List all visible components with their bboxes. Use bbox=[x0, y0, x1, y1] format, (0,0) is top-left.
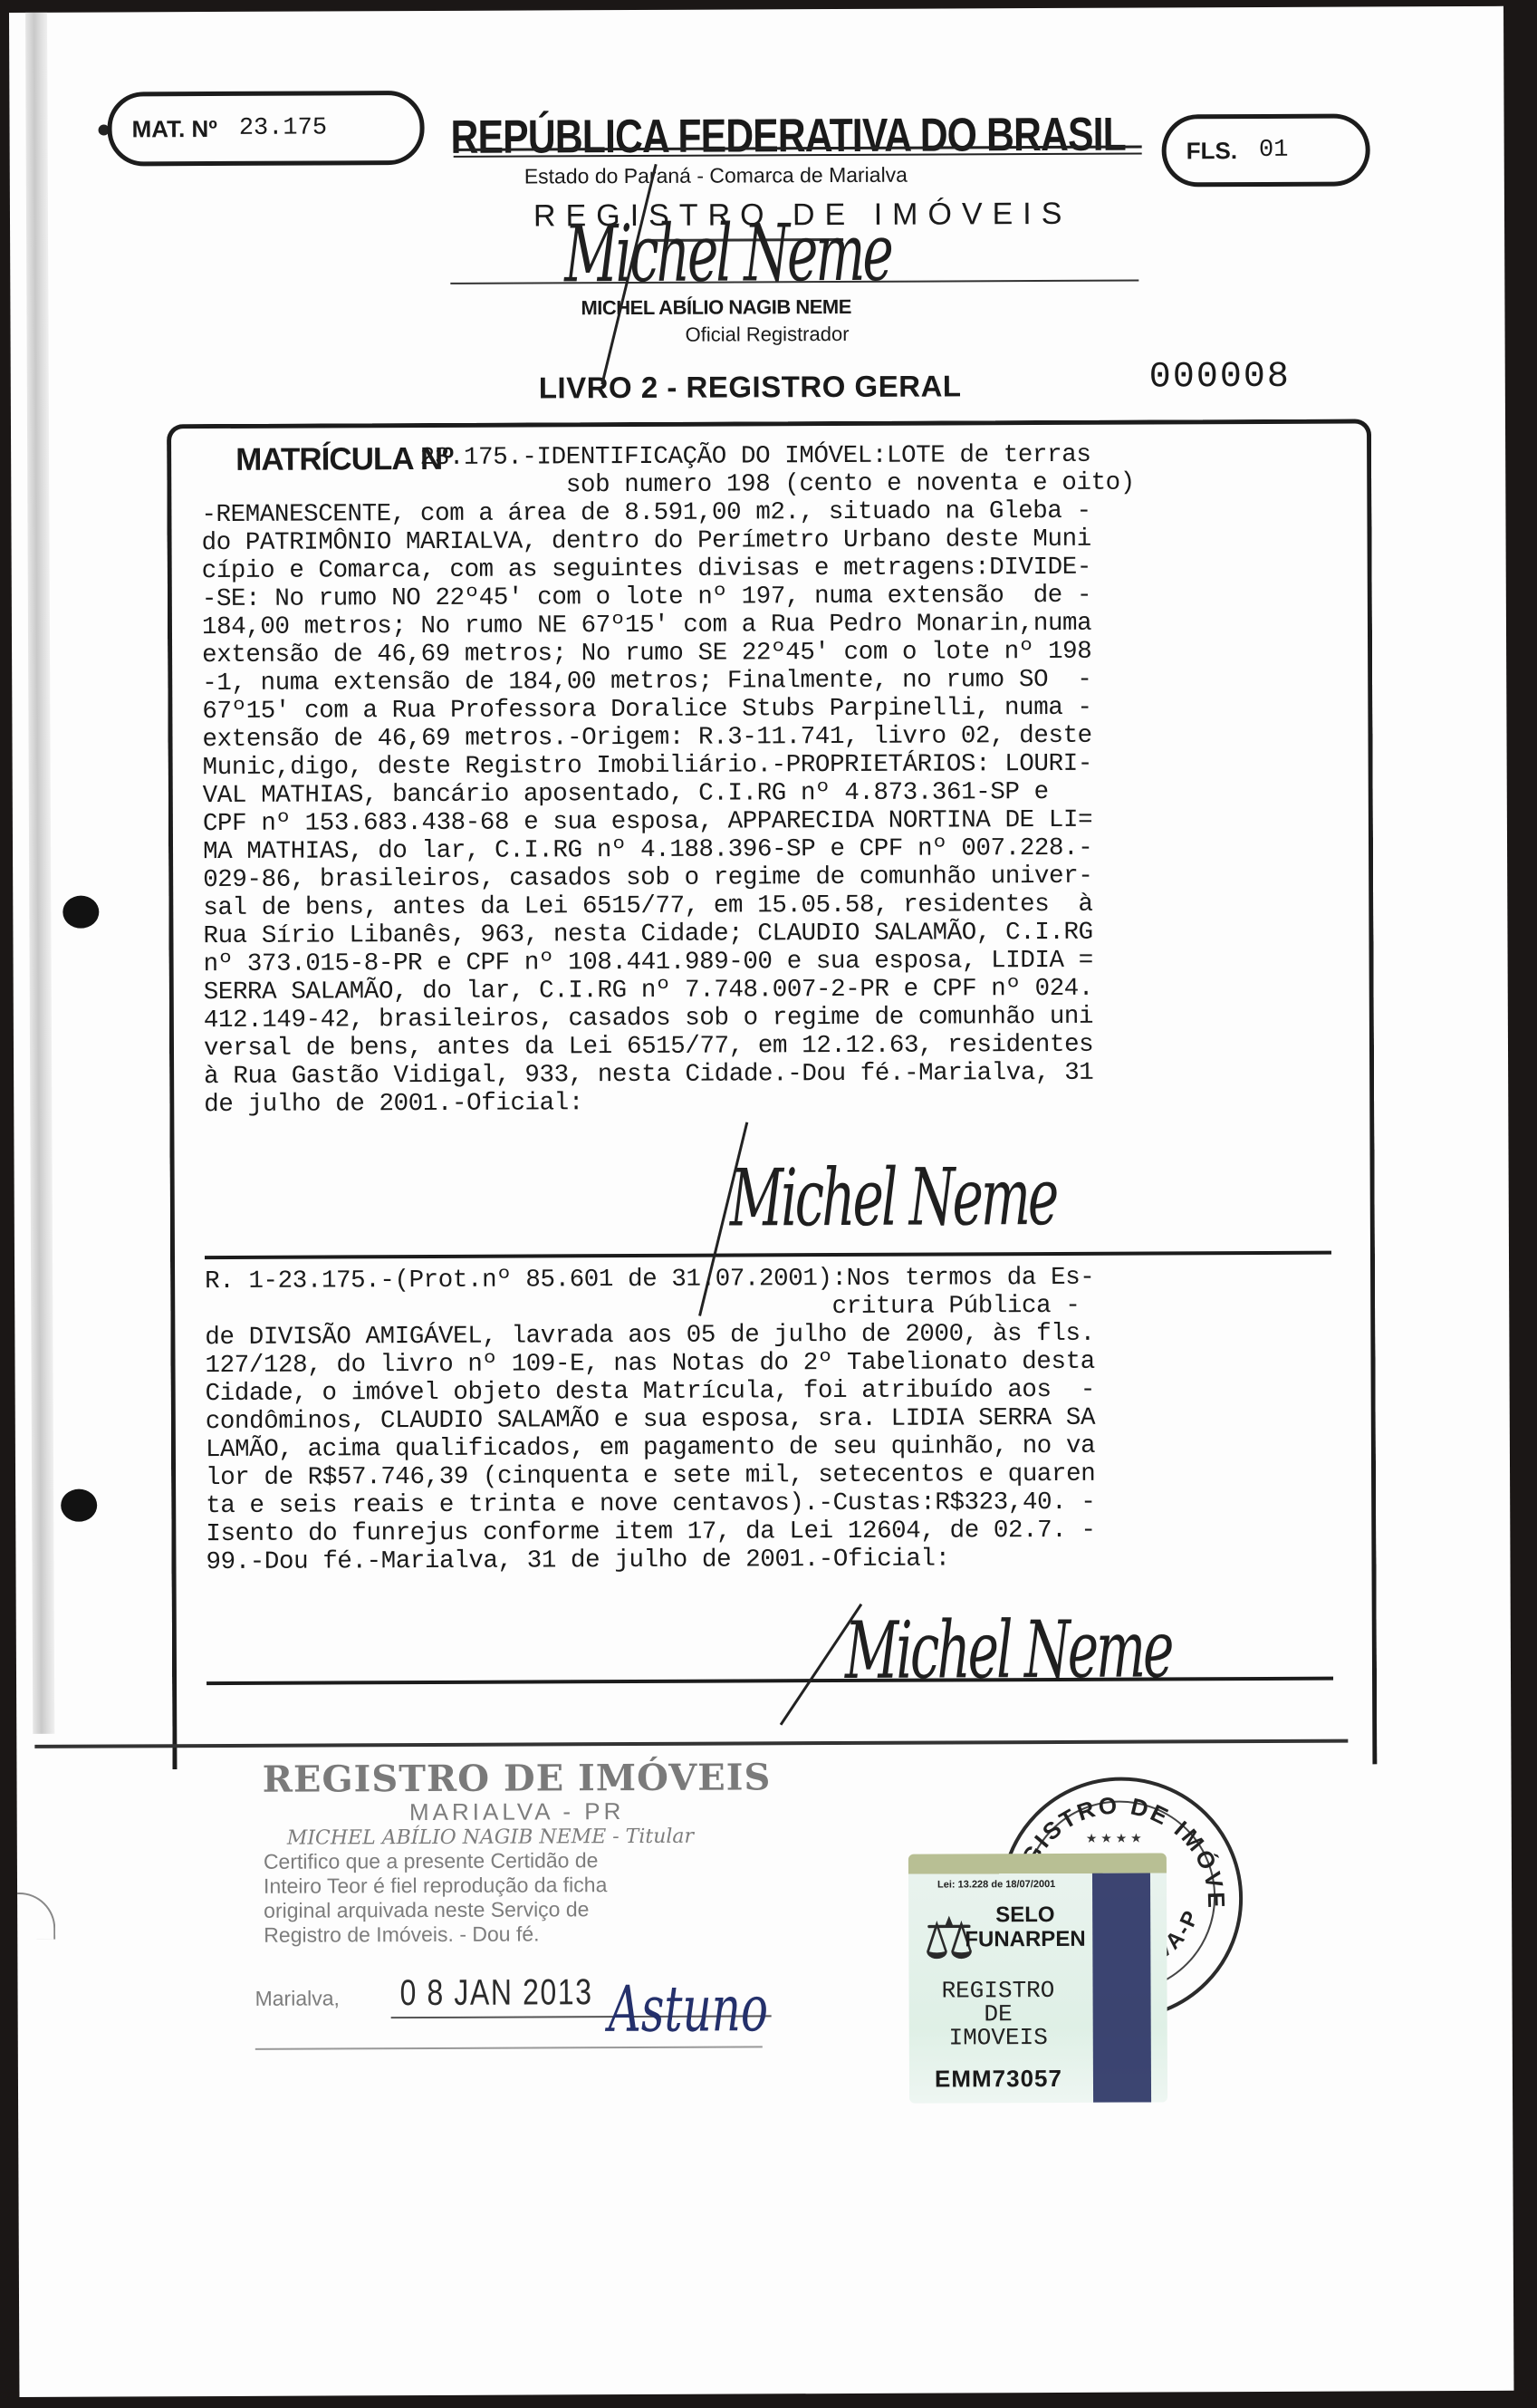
stamp-place: Marialva, bbox=[255, 1986, 340, 2010]
seal-registry-line: REGISTRO bbox=[941, 1979, 1054, 2003]
officer-role: Oficial Registrador bbox=[686, 323, 850, 347]
stamp-bottom-line bbox=[255, 2046, 763, 2049]
document-sheet: MAT. Nº 23.175 REPÚBLICA FEDERATIVA DO B… bbox=[9, 6, 1513, 2397]
seal-registry-line: DE bbox=[942, 2002, 1055, 2027]
stamp-title: REGISTRO DE IMÓVEIS bbox=[254, 1756, 779, 1801]
folio-box: FLS. 01 bbox=[1162, 113, 1370, 187]
folio-number: 000008 bbox=[1149, 357, 1291, 399]
mat-label: MAT. Nº bbox=[131, 114, 216, 142]
officer-signature: Michel Neme bbox=[564, 207, 891, 301]
seal-title: SELO FUNARPEN bbox=[965, 1902, 1086, 1952]
r1-signature: Michel Neme bbox=[845, 1603, 1172, 1697]
seal-band bbox=[1092, 1873, 1151, 2103]
stamp-holder: MICHEL ABÍLIO NAGIB NEME - Titular bbox=[287, 1825, 780, 1849]
stamp-text: Certifico que a presente Certidão de Int… bbox=[264, 1847, 780, 1947]
seal-registry-text: REGISTRO DE IMOVEIS bbox=[941, 1979, 1054, 2050]
seal-law-text: Lei: 13.228 de 18/07/2001 bbox=[937, 1879, 1055, 1891]
seal-title-line-2: FUNARPEN bbox=[965, 1927, 1085, 1952]
seal-code: EMM73057 bbox=[935, 2065, 1062, 2094]
binding-strip bbox=[25, 13, 54, 1734]
punch-hole-icon bbox=[61, 1489, 97, 1522]
certification-stamp: REGISTRO DE IMÓVEIS MARIALVA - PR MICHEL… bbox=[254, 1756, 780, 1948]
mat-number: 23.175 bbox=[239, 114, 327, 141]
punch-hole-icon bbox=[62, 896, 99, 929]
matricula-signature: Michel Neme bbox=[729, 1151, 1056, 1245]
matricula-text: 23.175.-IDENTIFICAÇÃO DO IMÓVEL:LOTE de … bbox=[201, 441, 1138, 1119]
seal-registry-line: IMOVEIS bbox=[942, 2026, 1055, 2050]
stamp-date: 0 8 JAN 2013 bbox=[399, 1972, 592, 2014]
funarpen-seal: Lei: 13.228 de 18/07/2001 ⚖ SELO FUNARPE… bbox=[908, 1853, 1167, 2103]
fls-label: FLS. bbox=[1186, 137, 1237, 165]
seal-title-line-1: SELO bbox=[965, 1902, 1085, 1928]
margin-mark bbox=[17, 1893, 55, 1940]
fls-number: 01 bbox=[1259, 137, 1289, 164]
svg-text:★ ★ ★ ★: ★ ★ ★ ★ bbox=[1086, 1831, 1142, 1845]
mat-number-box: MAT. Nº 23.175 bbox=[107, 91, 424, 167]
certifier-signature: Astuno bbox=[608, 1972, 768, 2047]
registration-r1-text: R. 1-23.175.-(Prot.nº 85.601 de 31.07.20… bbox=[205, 1264, 1096, 1576]
state-line: Estado do Paraná - Comarca de Marialva bbox=[524, 163, 908, 189]
stamp-city: MARIALVA - PR bbox=[255, 1796, 780, 1827]
